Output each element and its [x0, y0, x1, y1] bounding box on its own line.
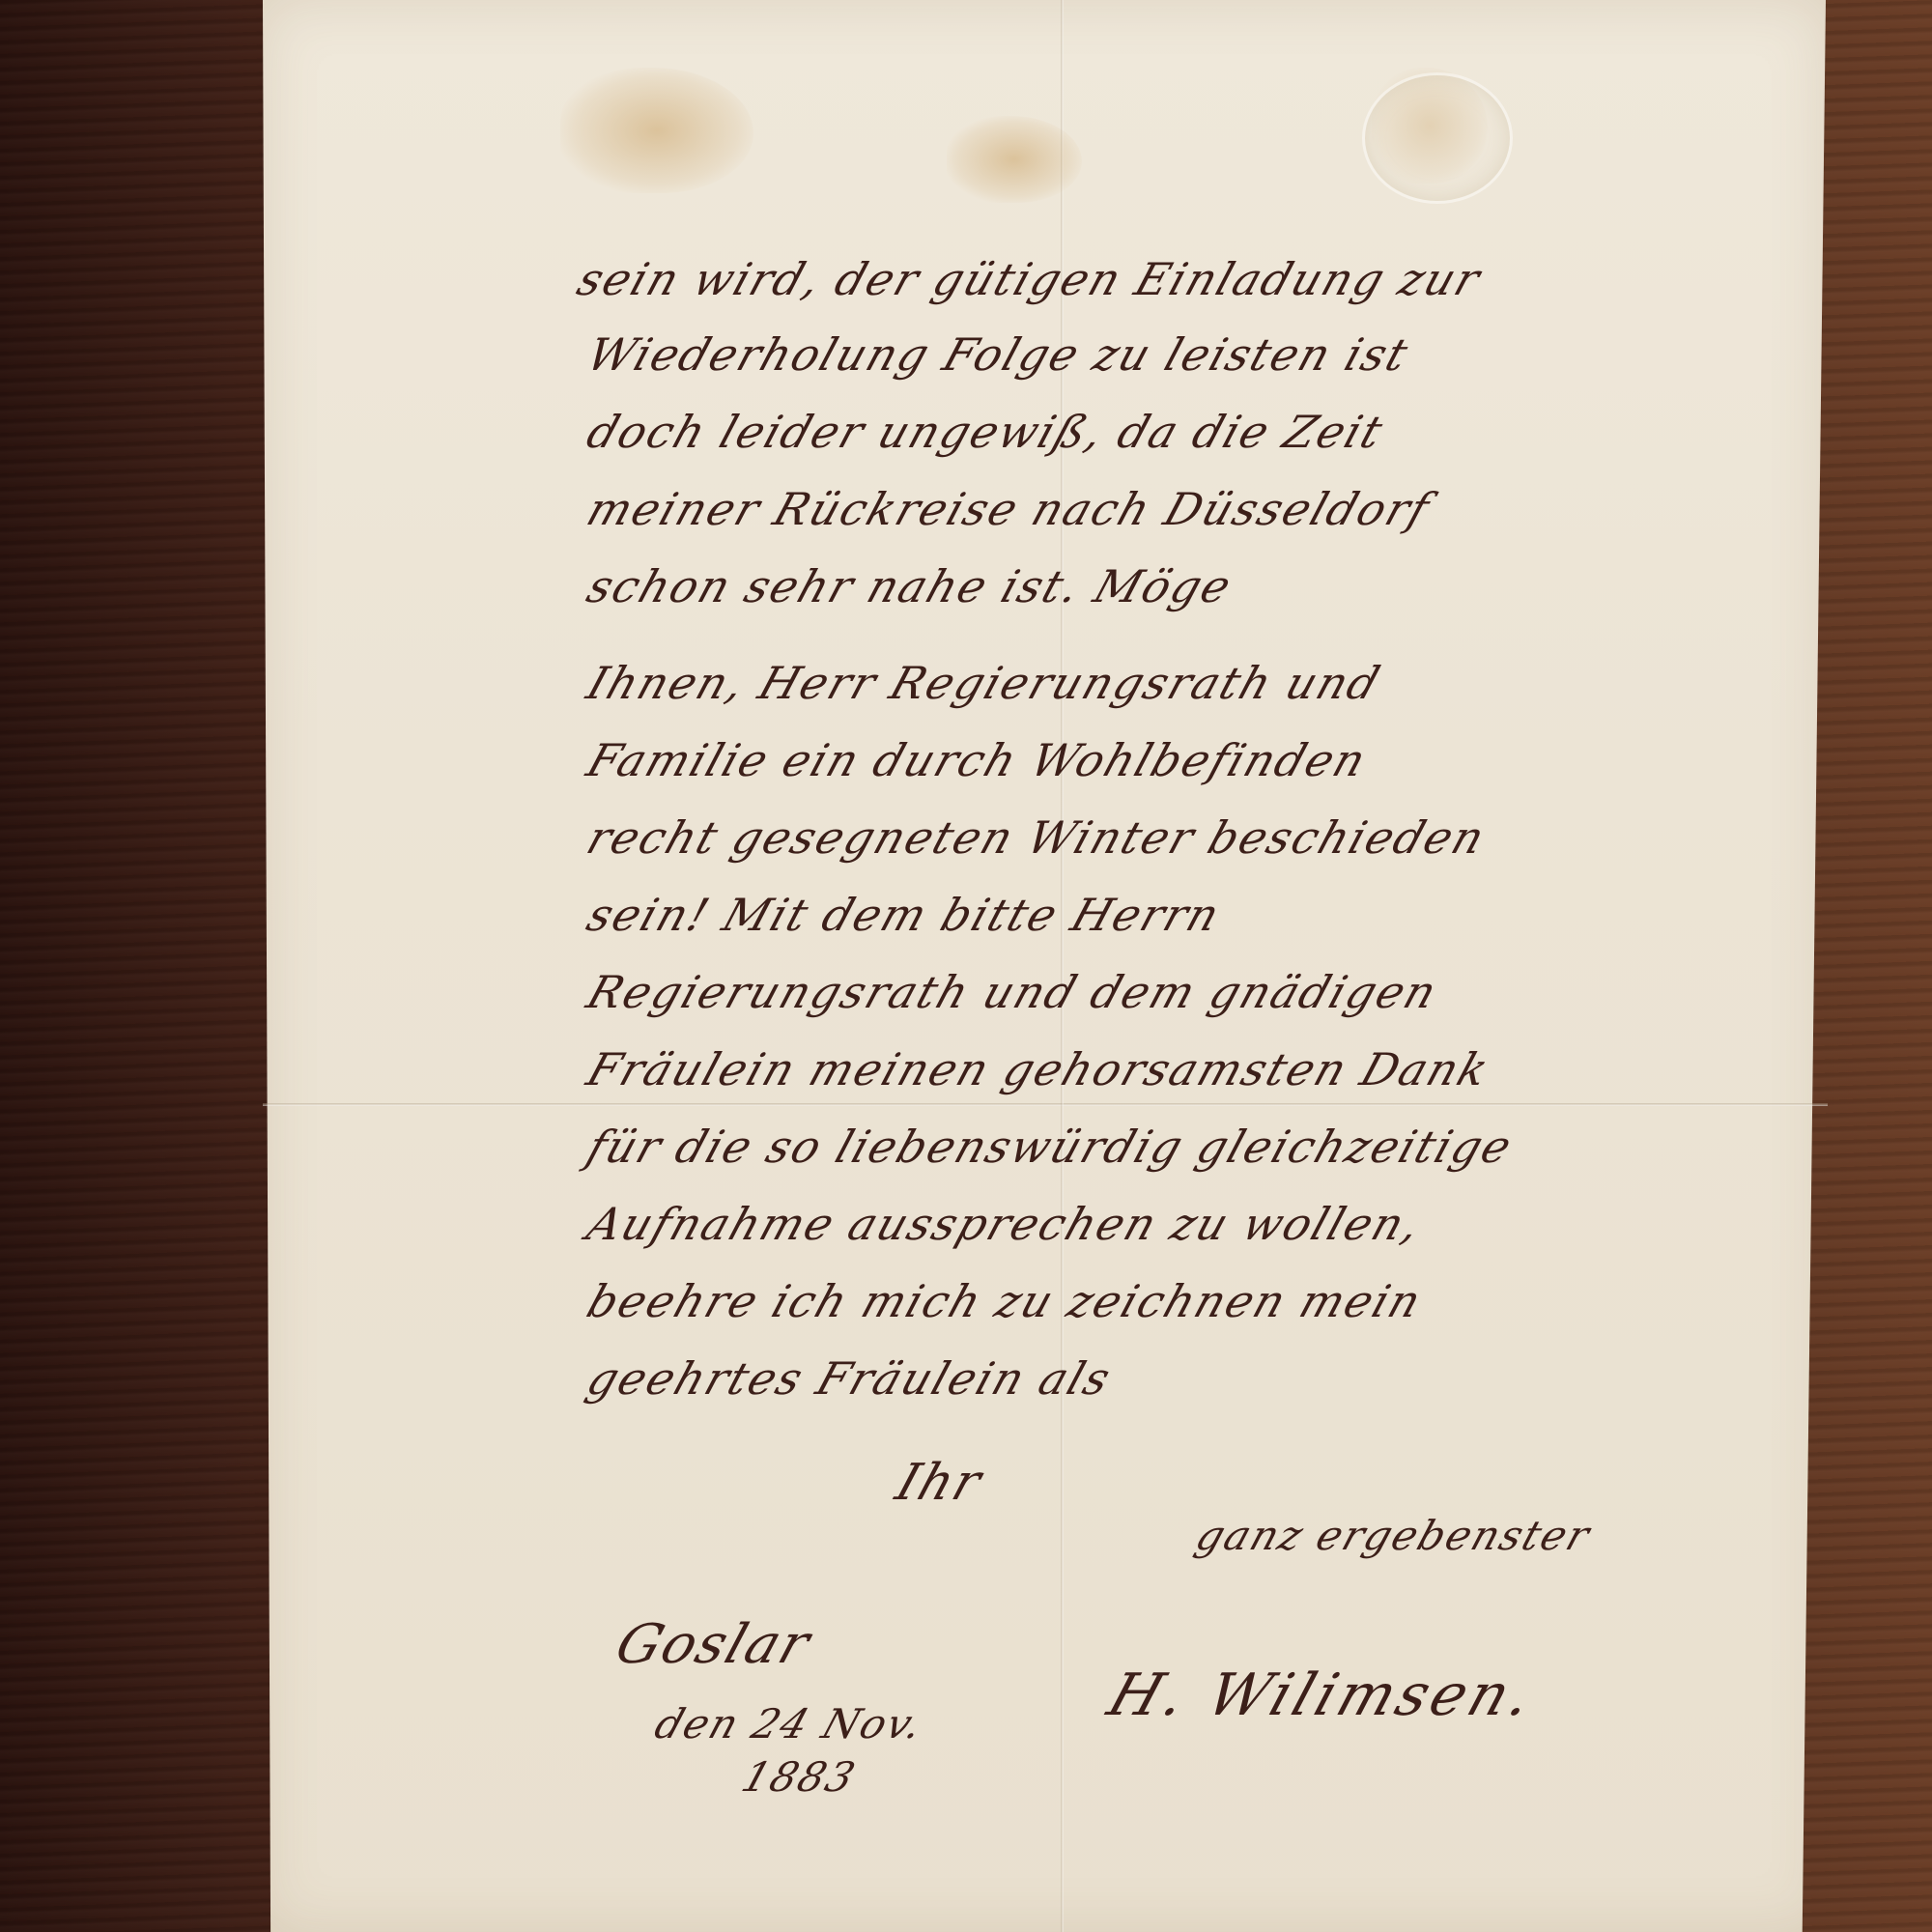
body-line: recht gesegneten Winter beschieden [581, 811, 1492, 864]
embossed-seal [1362, 72, 1513, 204]
year-line: 1883 [736, 1753, 863, 1801]
glue-stain-left [560, 68, 753, 193]
glue-stain-center [947, 116, 1082, 203]
body-line: doch leider ungewiß, da die Zeit [581, 406, 1390, 458]
body-line: für die so liebenswürdig gleichzeitige [581, 1121, 1520, 1173]
horizontal-fold-line [263, 1103, 1828, 1106]
body-line: sein! Mit dem bitte Herrn [581, 889, 1228, 941]
date-line: den 24 Nov. [649, 1700, 930, 1747]
body-line: Regierungsrath und dem gnädigen [581, 966, 1444, 1018]
body-line: Wiederholung Folge zu leisten ist [581, 328, 1416, 381]
body-line: sein wird, der gütigen Einladung zur [571, 253, 1488, 305]
place-name: Goslar [608, 1613, 818, 1676]
body-line: Aufnahme aussprechen zu wollen, [581, 1198, 1429, 1250]
body-line: meiner Rückreise nach Düsseldorf [581, 483, 1437, 535]
body-line: beehre ich mich zu zeichnen mein [581, 1275, 1429, 1327]
body-line: geehrtes Fräulein als [581, 1352, 1119, 1405]
signature: H. Wilimsen. [1100, 1662, 1545, 1729]
body-line: Familie ein durch Wohlbefinden [581, 734, 1374, 786]
body-line: Ihnen, Herr Regierungsrath und [581, 657, 1387, 709]
closing-phrase: ganz ergebenster [1190, 1512, 1597, 1559]
body-line: schon sehr nahe ist. Möge [581, 560, 1239, 612]
body-line: Fräulein meinen gehorsamsten Dank [581, 1043, 1496, 1095]
